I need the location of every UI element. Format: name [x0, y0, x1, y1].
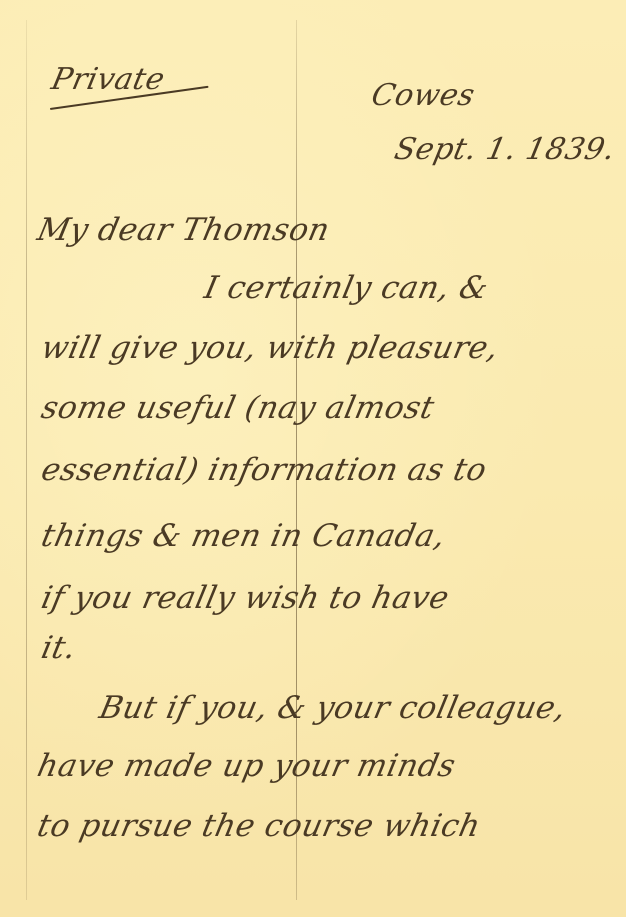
salutation: My dear Thomson: [34, 212, 333, 248]
body-line: essential) information as to: [38, 452, 490, 488]
body-line: I certainly can, &: [201, 270, 491, 306]
letter-date: Sept. 1. 1839.: [391, 132, 618, 167]
body-line: things & men in Canada,: [38, 518, 449, 554]
letter-place: Cowes: [368, 78, 478, 113]
body-line: have made up your minds: [34, 748, 459, 784]
body-line: But if you, & your colleague,: [96, 690, 569, 726]
letter-page: Private Cowes Sept. 1. 1839. My dear Tho…: [0, 0, 626, 917]
body-line: to pursue the course which: [34, 808, 484, 844]
body-line: some useful (nay almost: [38, 390, 437, 426]
body-line: will give you, with pleasure,: [38, 330, 502, 366]
left-fold-line: [26, 20, 27, 900]
body-line: it.: [38, 630, 79, 666]
private-marking: Private: [48, 62, 168, 97]
body-line: if you really wish to have: [38, 580, 452, 616]
